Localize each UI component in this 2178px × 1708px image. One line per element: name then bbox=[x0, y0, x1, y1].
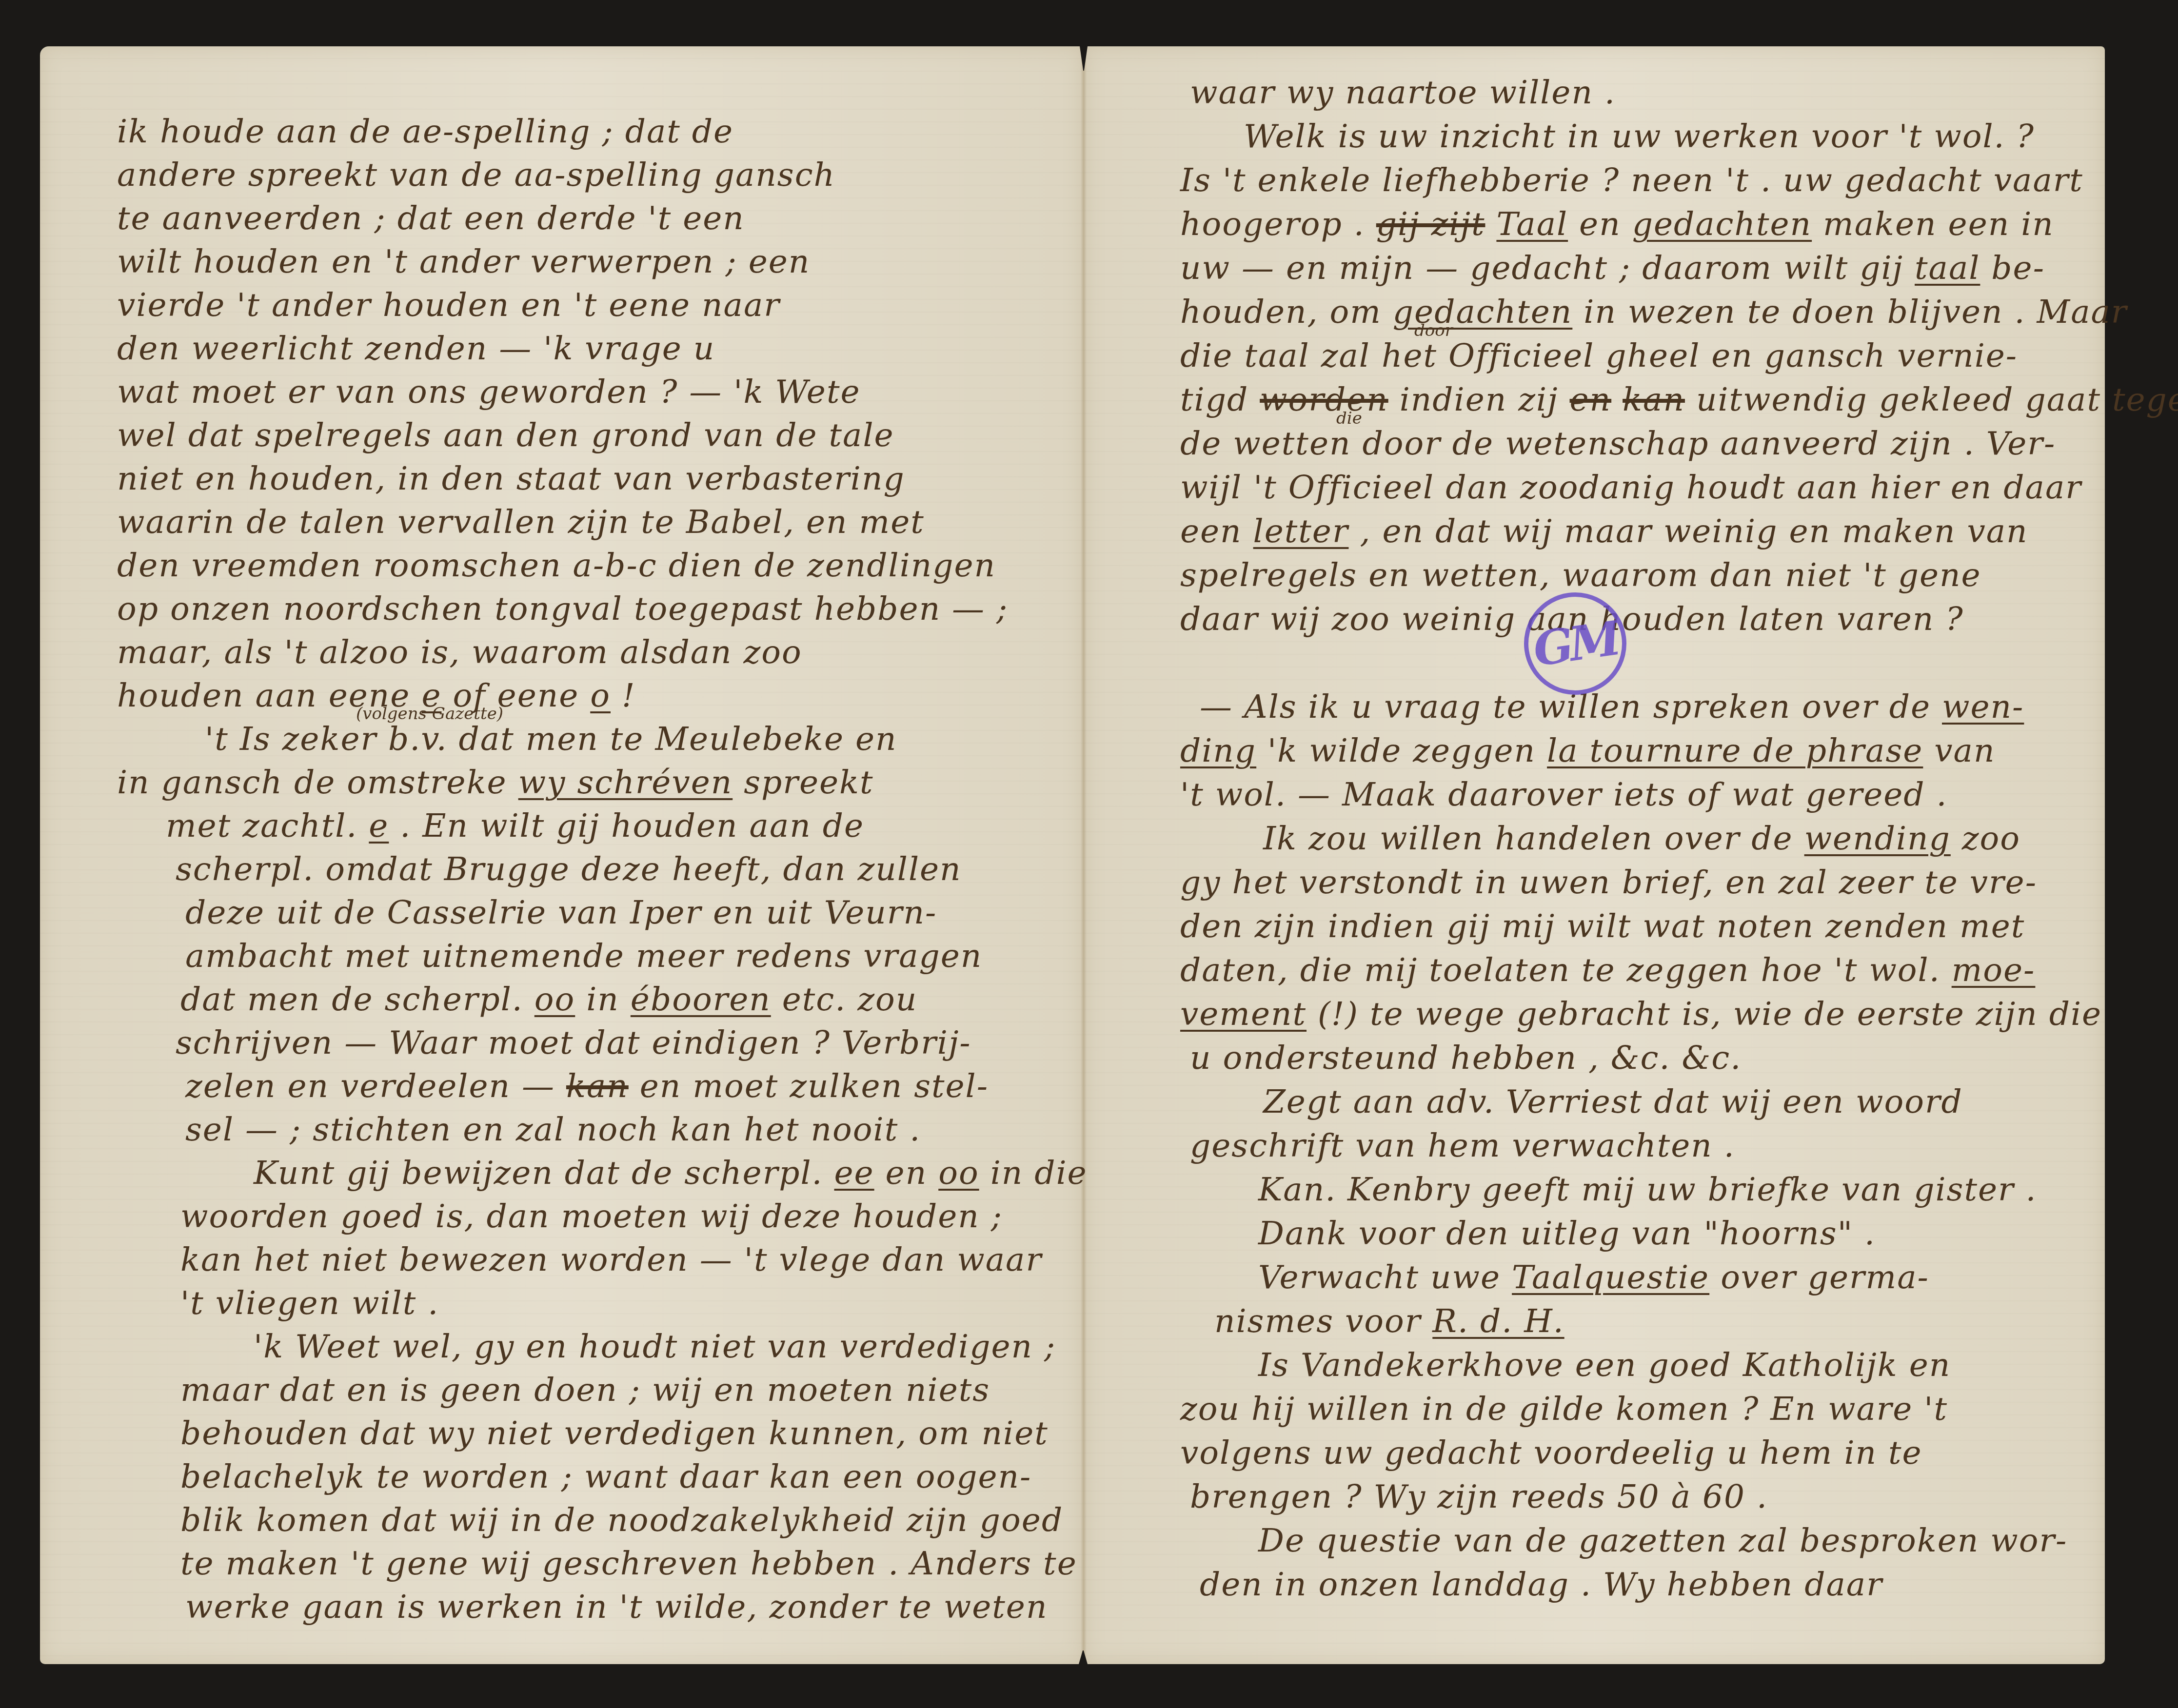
handwritten-line: Zegt aan adv. Verriest dat wij een woord bbox=[1263, 1082, 1963, 1121]
handwritten-line: in gansch de omstreke wy schréven spreek… bbox=[117, 763, 874, 802]
underlined-word: gedachten bbox=[1632, 205, 1812, 243]
handwritten-line: sel — ; stichten en zal noch kan het noo… bbox=[185, 1110, 921, 1149]
handwritten-line: andere spreekt van de aa-spelling gansch bbox=[117, 156, 835, 195]
handwritten-line: Is Vandekerkhove een goed Katholijk en bbox=[1258, 1346, 1951, 1385]
stamp-monogram: GM bbox=[1530, 610, 1621, 677]
handwritten-line: werke gaan is werken in 't wilde, zonder… bbox=[185, 1588, 1048, 1627]
handwritten-line: De questie van de gazetten zal besproken… bbox=[1258, 1521, 2067, 1560]
handwritten-line: wat moet er van ons geworden ? — 'k Wete bbox=[117, 373, 860, 412]
handwritten-line: 't wol. — Maak daarover iets of wat gere… bbox=[1180, 775, 1947, 814]
underlined-word: ee bbox=[834, 1154, 874, 1192]
handwritten-line: den weerlicht zenden — 'k vrage u bbox=[117, 329, 715, 368]
struck-word: gij zijt bbox=[1376, 205, 1485, 243]
handwritten-line: vement (!) te wege gebracht is, wie de e… bbox=[1180, 995, 2102, 1034]
underlined-word: R. d. H. bbox=[1432, 1302, 1564, 1340]
struck-word: en bbox=[1570, 381, 1612, 418]
handwritten-line: maar dat en is geen doen ; wij en moeten… bbox=[180, 1371, 990, 1410]
handwritten-line: waar wy naartoe willen . bbox=[1190, 73, 1616, 112]
handwritten-line: 't Is zeker b.v. dat men te Meulebeke en bbox=[205, 720, 897, 759]
handwritten-line: een letter , en dat wij maar weinig en m… bbox=[1180, 512, 2028, 551]
handwritten-line: 'k Weet wel, gy en houdt niet van verded… bbox=[254, 1327, 1056, 1366]
handwritten-line: niet en houden, in den staat van verbast… bbox=[117, 459, 905, 498]
handwritten-line: behouden dat wy niet verdedigen kunnen, … bbox=[180, 1414, 1049, 1453]
underlined-word: wending bbox=[1804, 820, 1951, 857]
handwritten-line: den zijn indien gij mij wilt wat noten z… bbox=[1180, 907, 2025, 946]
underlined-word: oo bbox=[535, 981, 575, 1018]
handwritten-line: uw — en mijn — gedacht ; daarom wilt gij… bbox=[1180, 249, 2045, 288]
struck-word: kan bbox=[566, 1067, 629, 1105]
handwritten-line: spelregels en wetten, waarom dan niet 't… bbox=[1180, 556, 1981, 595]
handwritten-line: 't vliegen wilt . bbox=[180, 1284, 439, 1323]
underlined-word: moe- bbox=[1952, 951, 2036, 989]
handwritten-line: schrijven — Waar moet dat eindigen ? Ver… bbox=[176, 1023, 971, 1062]
underlined-word: vement bbox=[1180, 995, 1307, 1033]
underlined-word: wen- bbox=[1942, 688, 2024, 726]
underlined-word: la tournure de phrase bbox=[1547, 732, 1923, 769]
handwritten-line: — Als ik u vraag te willen spreken over … bbox=[1200, 687, 2024, 726]
handwritten-line: hoogerop . gij zijt Taal en gedachten ma… bbox=[1180, 205, 2054, 244]
handwritten-line: zou hij willen in de gilde komen ? En wa… bbox=[1180, 1390, 1948, 1429]
handwritten-line: belachelyk te worden ; want daar kan een… bbox=[180, 1457, 1031, 1496]
handwritten-line: met zachtl. e . En wilt gij houden aan d… bbox=[166, 806, 864, 845]
handwritten-line: te maken 't gene wij geschreven hebben .… bbox=[180, 1544, 1077, 1583]
handwritten-line: ding 'k wilde zeggen la tournure de phra… bbox=[1180, 731, 1995, 770]
handwritten-line: wel dat spelregels aan den grond van de … bbox=[117, 416, 894, 455]
underlined-word: letter bbox=[1253, 512, 1349, 550]
handwritten-line: nismes voor R. d. H. bbox=[1214, 1302, 1564, 1341]
handwritten-line: daten, die mij toelaten te zeggen hoe 't… bbox=[1180, 951, 2035, 990]
handwritten-line: waarin de talen vervallen zijn te Babel,… bbox=[117, 503, 925, 542]
handwritten-line: blik komen dat wij in de noodzakelykheid… bbox=[180, 1501, 1063, 1540]
handwritten-line: volgens uw gedacht voordeelig u hem in t… bbox=[1180, 1433, 1922, 1472]
underlined-word: wy schréven bbox=[518, 764, 733, 801]
handwritten-line: u ondersteund hebben , &c. &c. bbox=[1190, 1039, 1742, 1078]
handwritten-line: dat men de scherpl. oo in ébooren etc. z… bbox=[180, 980, 917, 1019]
handwritten-line: Is 't enkele liefhebberie ? neen 't . uw… bbox=[1180, 161, 2083, 200]
handwritten-line: den in onzen landdag . Wy hebben daar bbox=[1200, 1565, 1883, 1604]
handwritten-line: wilt houden en 't ander verwerpen ; een bbox=[117, 242, 810, 281]
handwritten-line: houden, om gedachten in wezen te doen bl… bbox=[1180, 293, 2127, 332]
handwritten-line: brengen ? Wy zijn reeds 50 à 60 . bbox=[1190, 1477, 1768, 1516]
struck-word: kan bbox=[1623, 381, 1685, 418]
underlined-word: ding bbox=[1180, 732, 1256, 769]
underlined-word: Taalquestie bbox=[1512, 1258, 1709, 1296]
handwritten-line: woorden goed is, dan moeten wij deze hou… bbox=[180, 1197, 1003, 1236]
underlined-word: e bbox=[369, 807, 389, 844]
handwritten-line: maar, als 't alzoo is, waarom alsdan zoo bbox=[117, 633, 802, 672]
handwritten-line: kan het niet bewezen worden — 't vlege d… bbox=[180, 1240, 1042, 1279]
underlined-word: Taal bbox=[1496, 205, 1568, 243]
underlined-word: taal bbox=[1915, 249, 1980, 287]
handwritten-line: zelen en verdeelen — kan en moet zulken … bbox=[185, 1067, 989, 1106]
handwritten-line: te aanveerden ; dat een derde 't een bbox=[117, 199, 745, 238]
handwritten-line: ik houde aan de ae-spelling ; dat de bbox=[117, 112, 733, 151]
handwritten-line: Verwacht uwe Taalquestie over germa- bbox=[1258, 1258, 1929, 1297]
handwritten-line: Ik zou willen handelen over de wending z… bbox=[1263, 819, 2020, 858]
handwritten-line: op onzen noordschen tongval toegepast he… bbox=[117, 589, 1008, 628]
handwritten-line: tigd worden indien zij en kan uitwendig … bbox=[1180, 380, 2178, 419]
handwritten-line: Welk is uw inzicht in uw werken voor 't … bbox=[1244, 117, 2035, 156]
handwritten-line: die taal zal het Officieel gheel en gans… bbox=[1180, 336, 2018, 375]
handwritten-line: wijl 't Officieel dan zoodanig houdt aan… bbox=[1180, 468, 2082, 507]
struck-word: worden bbox=[1260, 381, 1388, 418]
handwritten-line: Kunt gij bewijzen dat de scherpl. ee en … bbox=[254, 1154, 1088, 1193]
underlined-word: oo bbox=[938, 1154, 979, 1192]
handwritten-line: deze uit de Casselrie van Iper en uit Ve… bbox=[185, 893, 937, 932]
handwritten-line: Dank voor den uitleg van "hoorns" . bbox=[1258, 1214, 1876, 1253]
handwritten-line: de wetten door de wetenschap aanveerd zi… bbox=[1180, 424, 2056, 463]
handwritten-line: den vreemden roomschen a-b-c dien de zen… bbox=[117, 546, 996, 585]
handwritten-line: scherpl. omdat Brugge deze heeft, dan zu… bbox=[176, 850, 962, 889]
handwritten-line: gy het verstondt in uwen brief, en zal z… bbox=[1180, 863, 2037, 902]
handwritten-line: vierde 't ander houden en 't eene naar bbox=[117, 286, 780, 325]
page-fold bbox=[1081, 46, 1087, 1664]
underlined-word: o bbox=[590, 677, 611, 714]
handwritten-line: Kan. Kenbry geeft mij uw briefke van gis… bbox=[1258, 1170, 2037, 1209]
handwritten-line: geschrift van hem verwachten . bbox=[1190, 1126, 1735, 1165]
handwritten-line: ambacht met uitnemende meer redens vrage… bbox=[185, 937, 982, 976]
underlined-word: ébooren bbox=[631, 981, 771, 1018]
